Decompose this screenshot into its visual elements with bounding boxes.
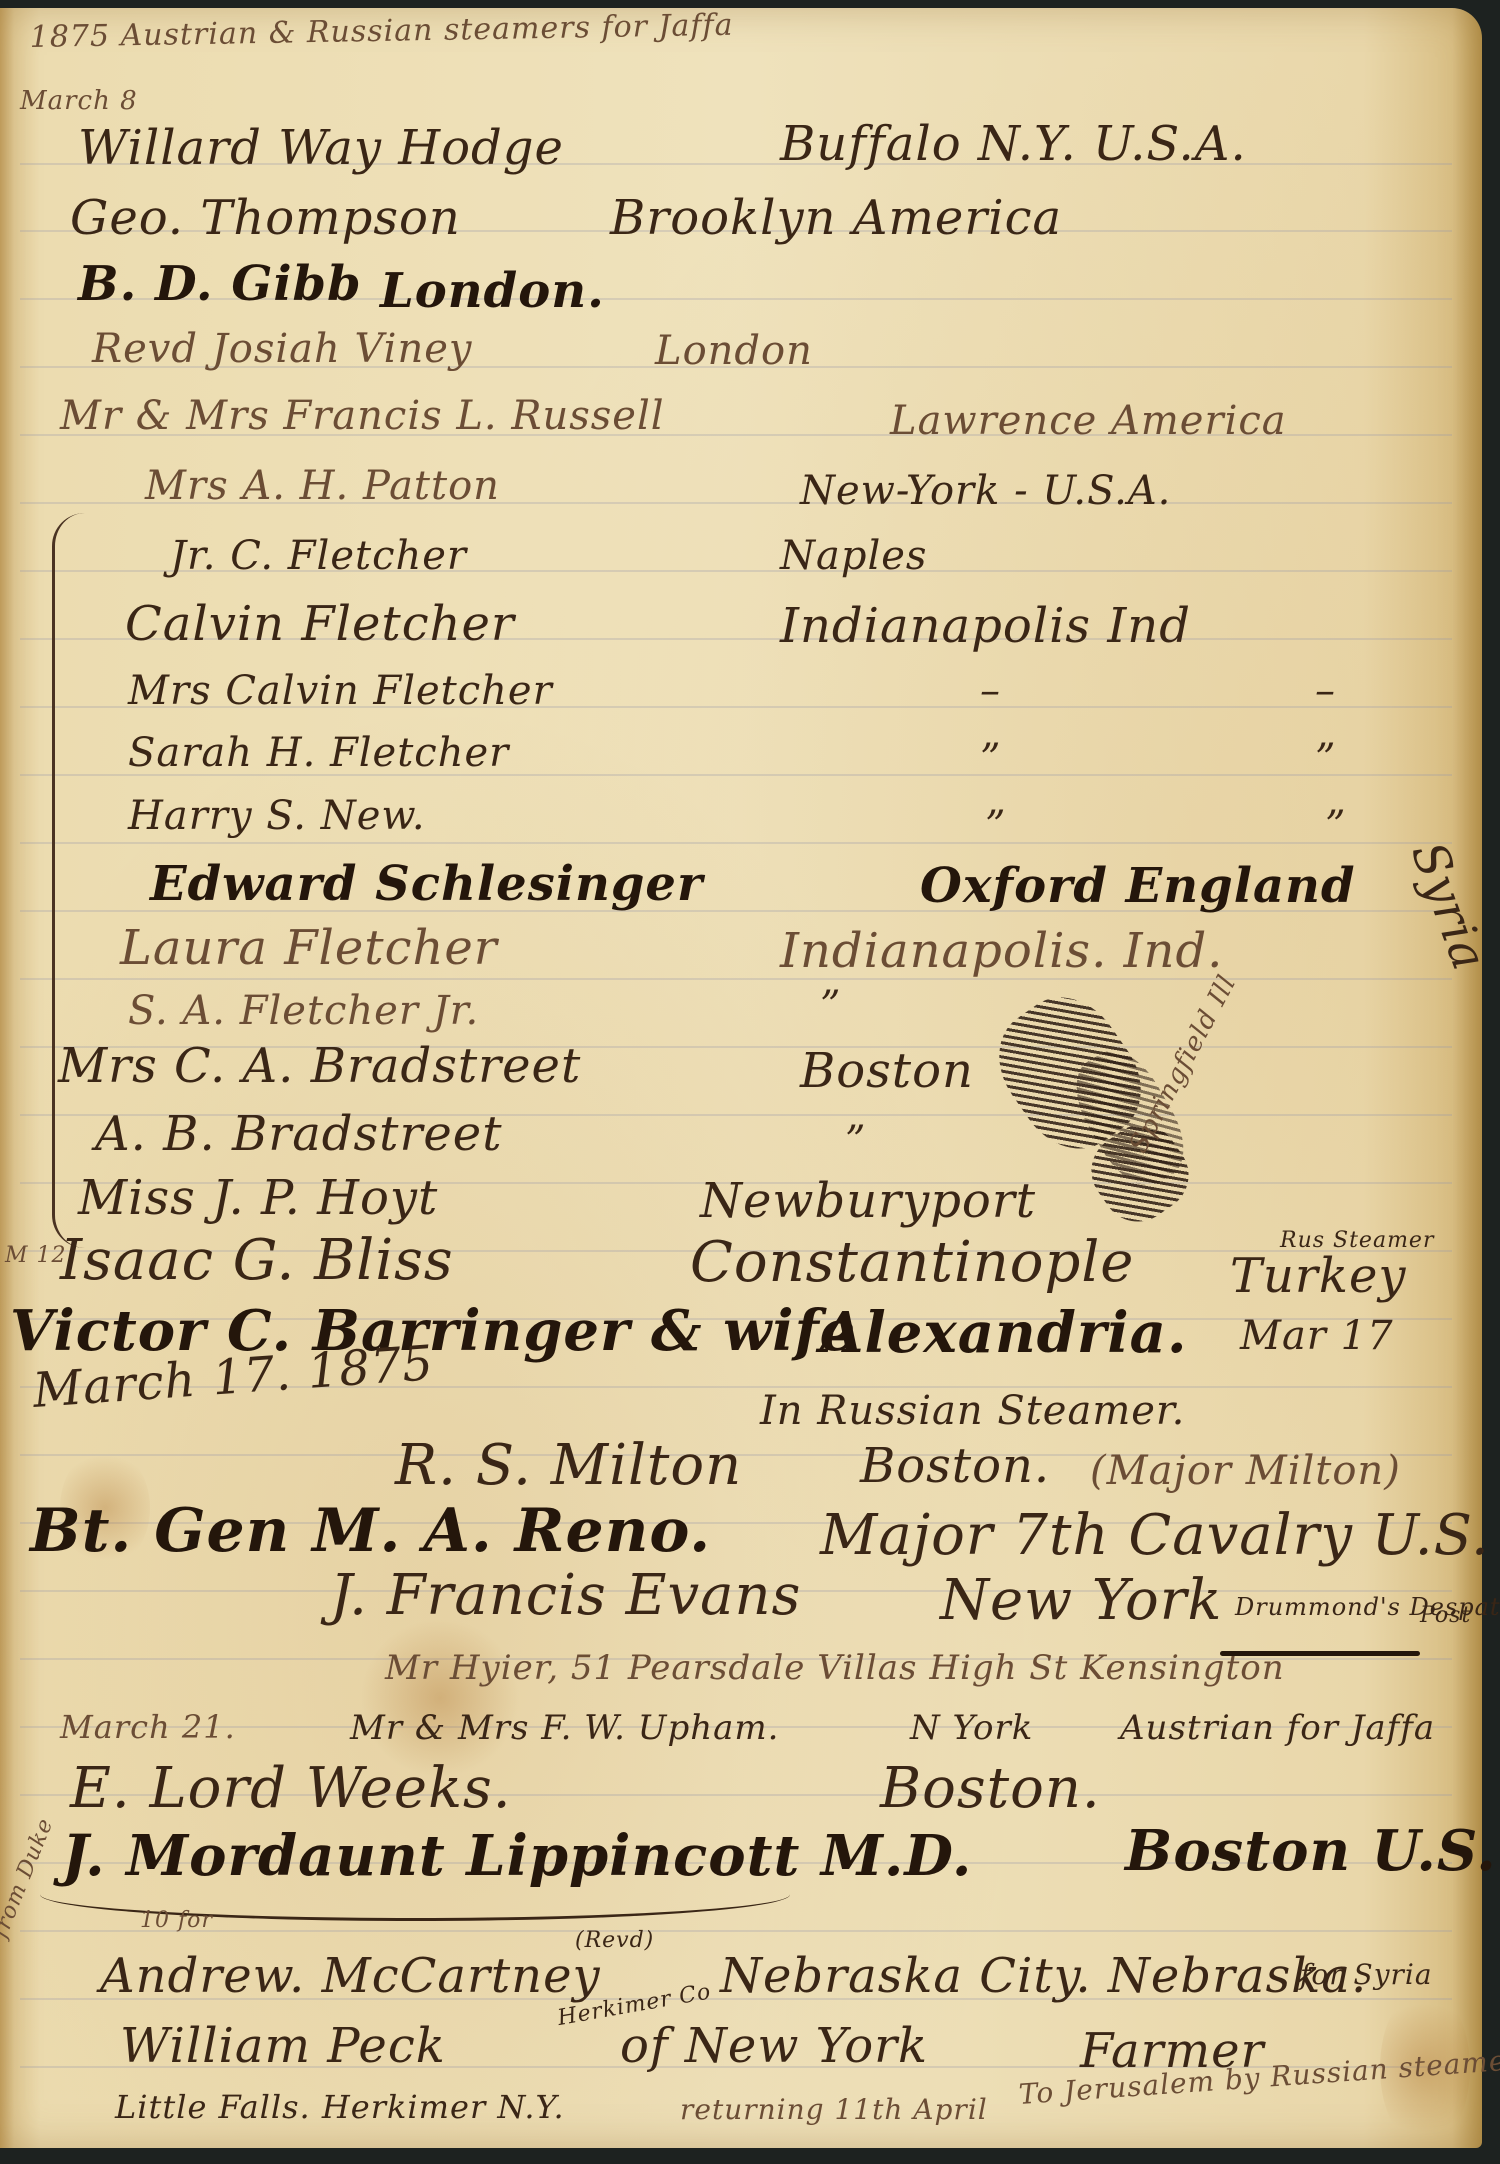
entry-place: Nebraska City. Nebraska. (720, 1948, 1367, 2004)
entry-name: R. S. Milton (395, 1433, 742, 1498)
ruled-line (20, 842, 1452, 844)
entry-name: William Peck (120, 2018, 446, 2074)
margin-note: M 12 (5, 1243, 67, 1268)
entry-name: Willard Way Hodge (78, 120, 564, 176)
entry-place: N York (910, 1708, 1033, 1748)
entry-name: Geo. Thompson (70, 190, 461, 246)
entry-name: Sarah H. Fletcher (128, 730, 509, 776)
entry-name: S. A. Fletcher Jr. (128, 988, 479, 1034)
entry-place: Newburyport (700, 1173, 1036, 1229)
paper-stain (360, 1618, 520, 1778)
entry-place: Boston (800, 1043, 974, 1099)
entry-place: Brooklyn America (610, 190, 1062, 246)
grouping-brace (52, 513, 85, 1248)
entry-place: New-York - U.S.A. (800, 468, 1171, 514)
margin-note: Steamer from Duke (0, 1814, 59, 2043)
entry-name: Mrs Calvin Fletcher (128, 668, 553, 714)
entry-name: Miss J. P. Hoyt (78, 1170, 438, 1226)
entry-name: Laura Fletcher (120, 920, 498, 976)
entry-place: ” (985, 803, 1006, 849)
entry-note: (Major Milton) (1090, 1448, 1401, 1494)
entry-note: for Syria (1300, 1958, 1433, 1991)
entry-name: Jr. C. Fletcher (170, 533, 467, 579)
entry-name: E. Lord Weeks. (70, 1756, 512, 1821)
entry-name: A. B. Bradstreet (95, 1106, 503, 1162)
register-page: 1875 Austrian & Russian steamers for Jaf… (0, 8, 1482, 2148)
entry-place: Naples (780, 533, 927, 579)
entry-name: J. Francis Evans (330, 1563, 801, 1628)
entry-place: Boston U.S. (1125, 1818, 1497, 1884)
entry-name: Bt. Gen M. A. Reno. (30, 1496, 711, 1566)
entry-place: Lawrence America (890, 398, 1287, 444)
entry-place-ditto: ” (1325, 803, 1346, 849)
entry-place: New York (940, 1568, 1222, 1633)
entry-place: Constantinople (690, 1230, 1134, 1295)
entry-place-ditto: ” (1315, 736, 1336, 782)
entry-place: London (655, 328, 813, 374)
entry-note: returning 11th April (680, 2093, 988, 2126)
entry-name: Edward Schlesinger (150, 856, 703, 912)
entry-date: March 21. (60, 1708, 236, 1746)
ruled-line (20, 1930, 1452, 1932)
entry-place: of New York (620, 2018, 928, 2074)
entry-name: Mr & Mrs F. W. Upham. (350, 1708, 779, 1748)
entry-note: Mar 17 (1240, 1313, 1394, 1359)
entry-name: Mr & Mrs Francis L. Russell (60, 393, 665, 439)
entry-place: ” (845, 1118, 866, 1164)
right-margin-note: Syria (1400, 835, 1498, 978)
header-note: 1875 Austrian & Russian steamers for Jaf… (29, 8, 733, 55)
entry-place: Buffalo N.Y. U.S.A. (780, 116, 1247, 172)
margin-note: 10 for (140, 1908, 213, 1933)
entry-name: Andrew. McCartney (100, 1948, 601, 2004)
entry-note: In Russian Steamer. (760, 1388, 1185, 1434)
entry-place: Major 7th Cavalry U.S. Army (820, 1503, 1500, 1568)
entry-name: Calvin Fletcher (125, 596, 515, 652)
ruled-line (20, 978, 1452, 980)
entry-name: Little Falls. Herkimer N.Y. (115, 2088, 565, 2126)
entry-name: Isaac G. Bliss (60, 1228, 454, 1293)
entry-place: – (980, 668, 1001, 714)
entry-place: Oxford England (920, 858, 1356, 914)
entry-note: Post (1420, 1603, 1471, 1628)
entry-place: Boston. (880, 1756, 1101, 1821)
entry-title: (Revd) (575, 1928, 654, 1953)
entry-place: Boston. (860, 1438, 1050, 1494)
entry-note: Austrian for Jaffa (1120, 1708, 1435, 1748)
entry-name: Harry S. New. (128, 793, 426, 839)
entry-name: Revd Josiah Viney (92, 326, 472, 372)
entry-name: Mr Hyier, 51 Pearsdale Villas High St Ke… (385, 1648, 1285, 1688)
entry-place-ditto: – (1315, 668, 1336, 714)
entry-name: B. D. Gibb (78, 256, 362, 312)
entry-name: Mrs A. H. Patton (145, 463, 500, 509)
entry-place: Indianapolis Ind (780, 598, 1191, 654)
entry-place: Indianapolis. Ind. (780, 923, 1223, 979)
entry-place: London. (380, 263, 605, 319)
entry-place: ” (980, 736, 1001, 782)
entry-note: Turkey (1230, 1248, 1406, 1304)
entry-name: Mrs C. A. Bradstreet (58, 1038, 581, 1094)
entry-place: ” (820, 983, 841, 1029)
entry-place: Alexandria. (820, 1300, 1187, 1366)
header-date: March 8 (20, 86, 138, 116)
